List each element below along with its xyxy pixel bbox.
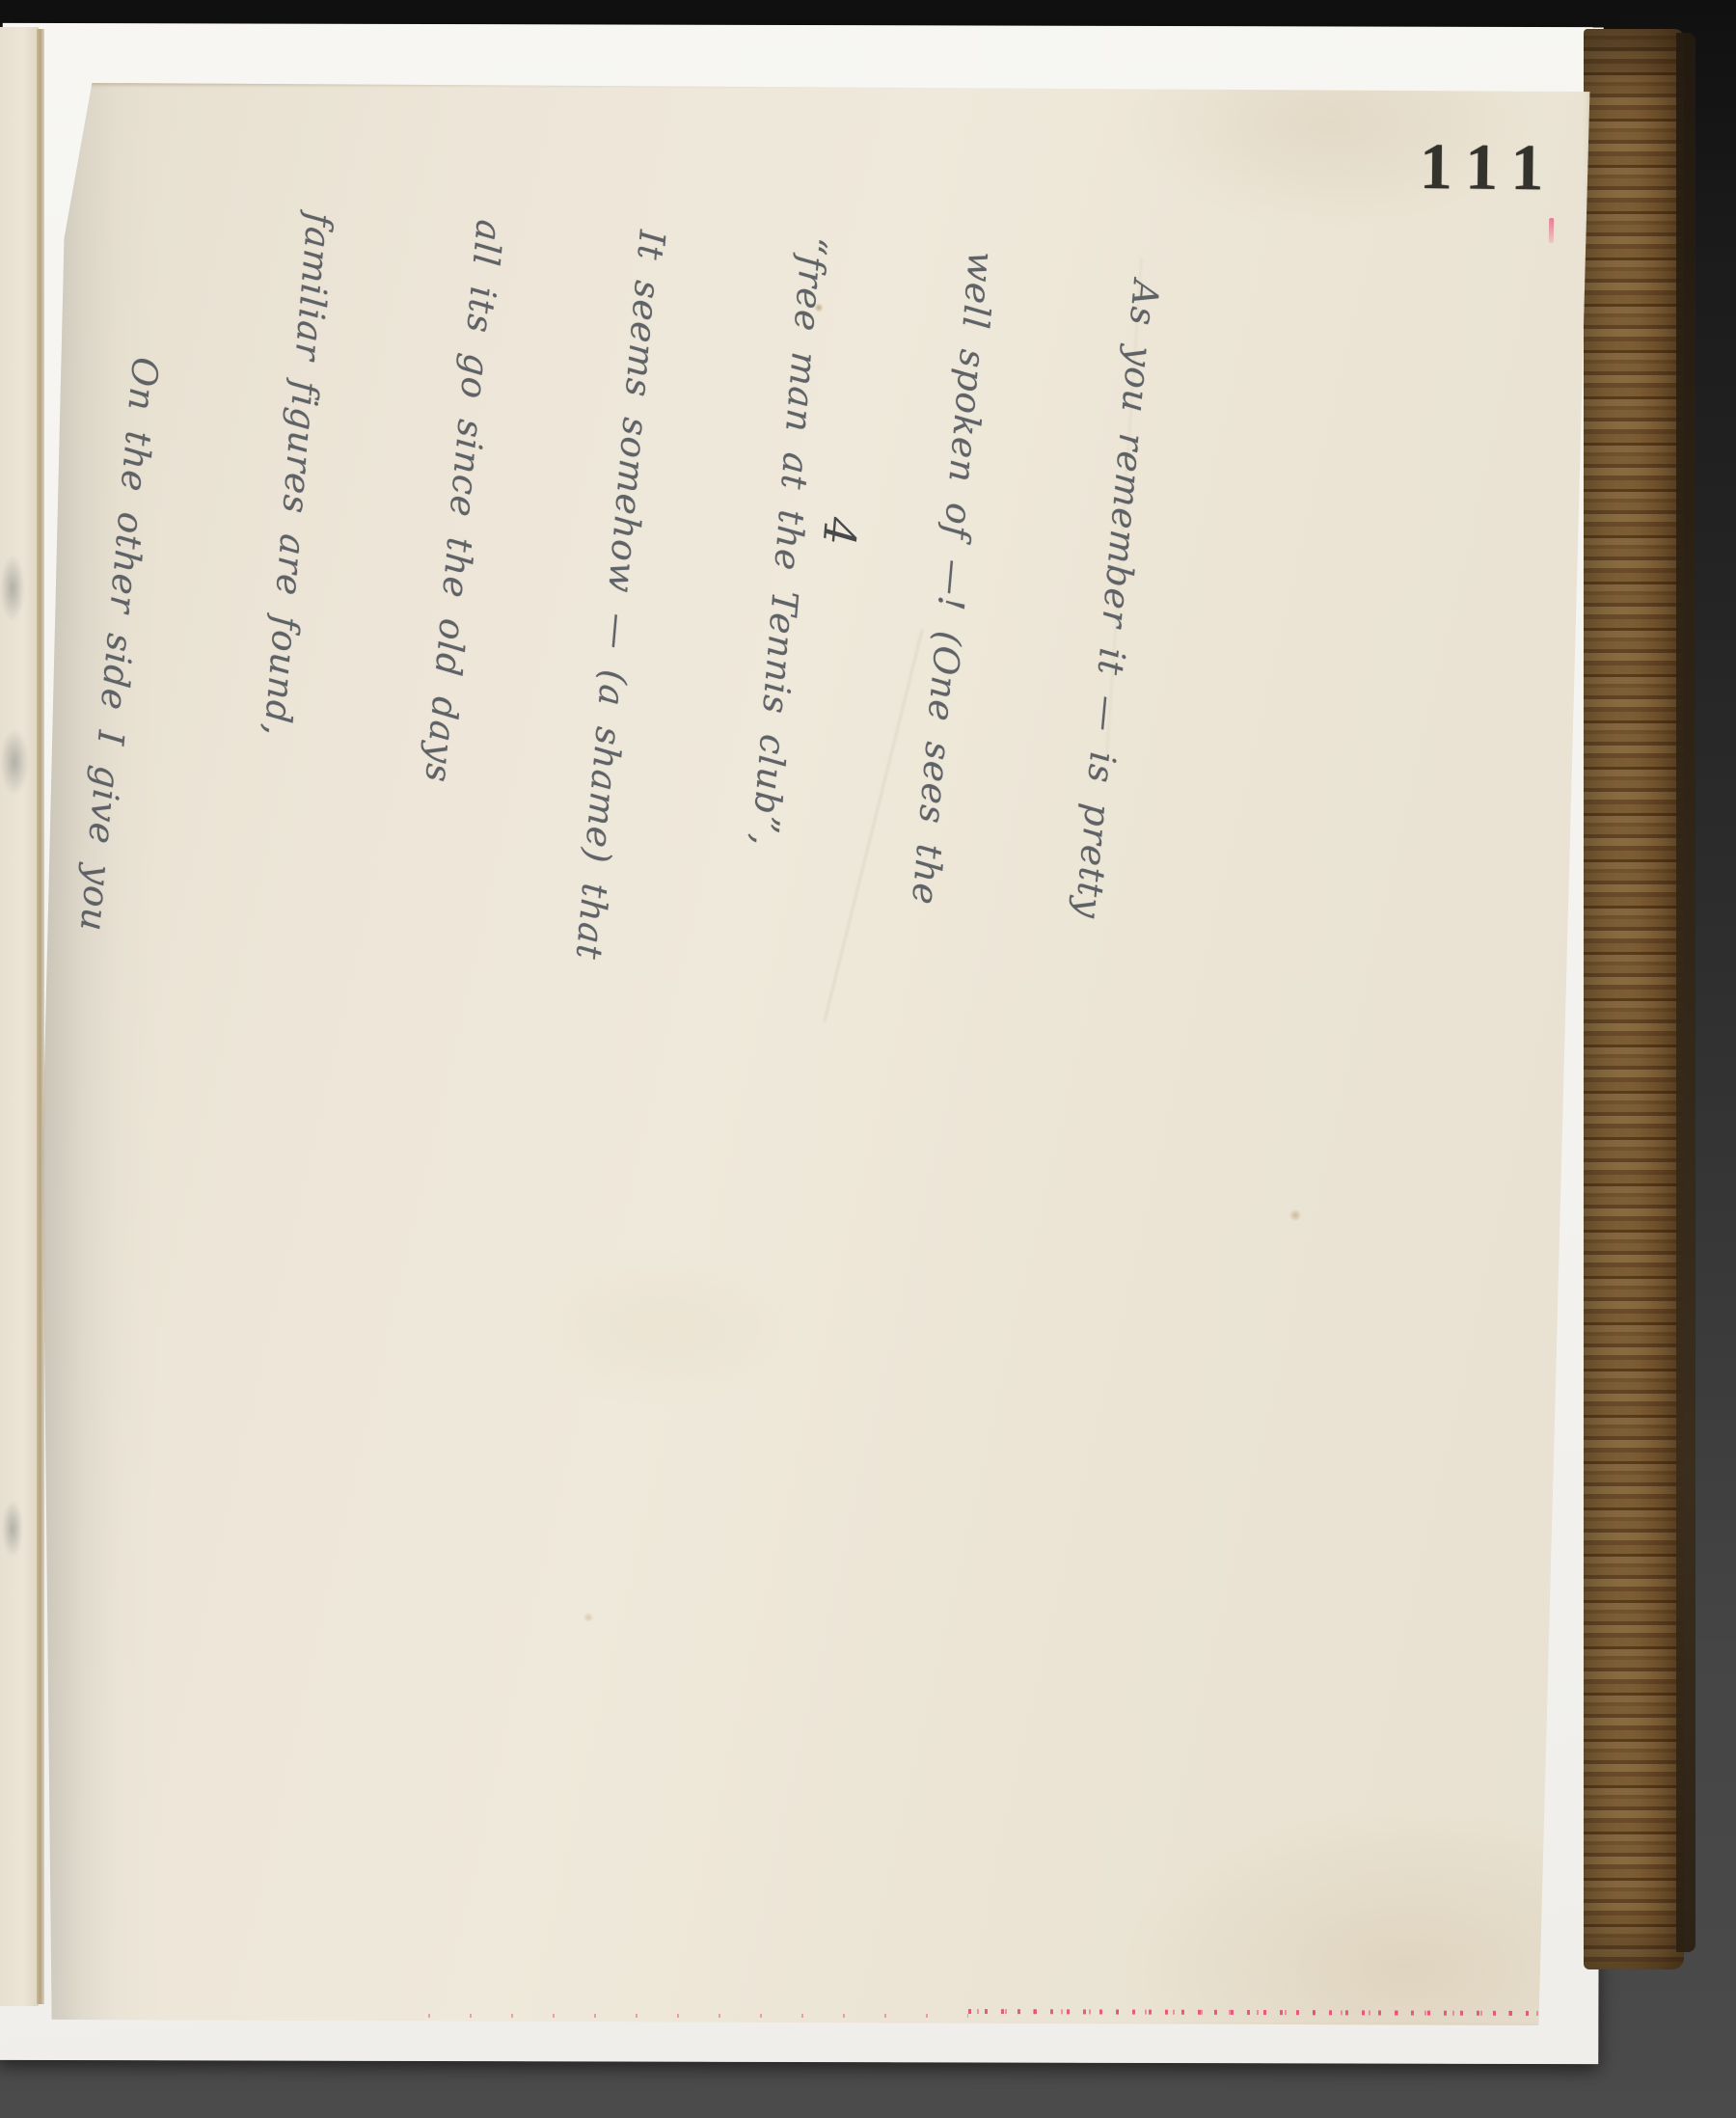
pencil-smudge	[0, 728, 29, 796]
pencil-smudge	[0, 555, 25, 622]
foxing-stain	[583, 1613, 594, 1622]
scan-stage: 111 4 As you remember it — is pretty wel…	[0, 0, 1736, 2118]
gutter-crease	[37, 29, 44, 2004]
handwriting-block: As you remember it — is pretty well spok…	[0, 81, 1283, 1090]
handwriting-line: familiar figures are found,	[227, 191, 348, 1009]
pink-edge-mark	[1549, 218, 1554, 243]
handwriting-line: As you remember it — is pretty	[1045, 263, 1175, 1081]
page-number-stamp: 111	[1420, 128, 1594, 206]
book-fore-edge	[1584, 29, 1684, 1969]
handwriting-line: It seems somehow — (a shame) that	[555, 220, 681, 1038]
foxing-stain	[1288, 1209, 1302, 1221]
handwriting-line: “free man at the Tennis club”,	[719, 234, 841, 1052]
book-cover-edge	[1676, 33, 1695, 1952]
pencil-smudge	[2, 1500, 23, 1558]
facing-page-strip	[0, 27, 39, 2006]
red-edge-speckles	[968, 2009, 1547, 2016]
handwriting-line: well spoken of —! (One sees the	[883, 249, 1010, 1067]
handwriting-line: On the other side I give you	[60, 177, 189, 995]
handwriting-line: all its go since the old days	[389, 206, 518, 1024]
manuscript-page: 111 4 As you remember it — is pretty wel…	[42, 83, 1591, 2027]
red-edge-speckles	[428, 2014, 968, 2018]
